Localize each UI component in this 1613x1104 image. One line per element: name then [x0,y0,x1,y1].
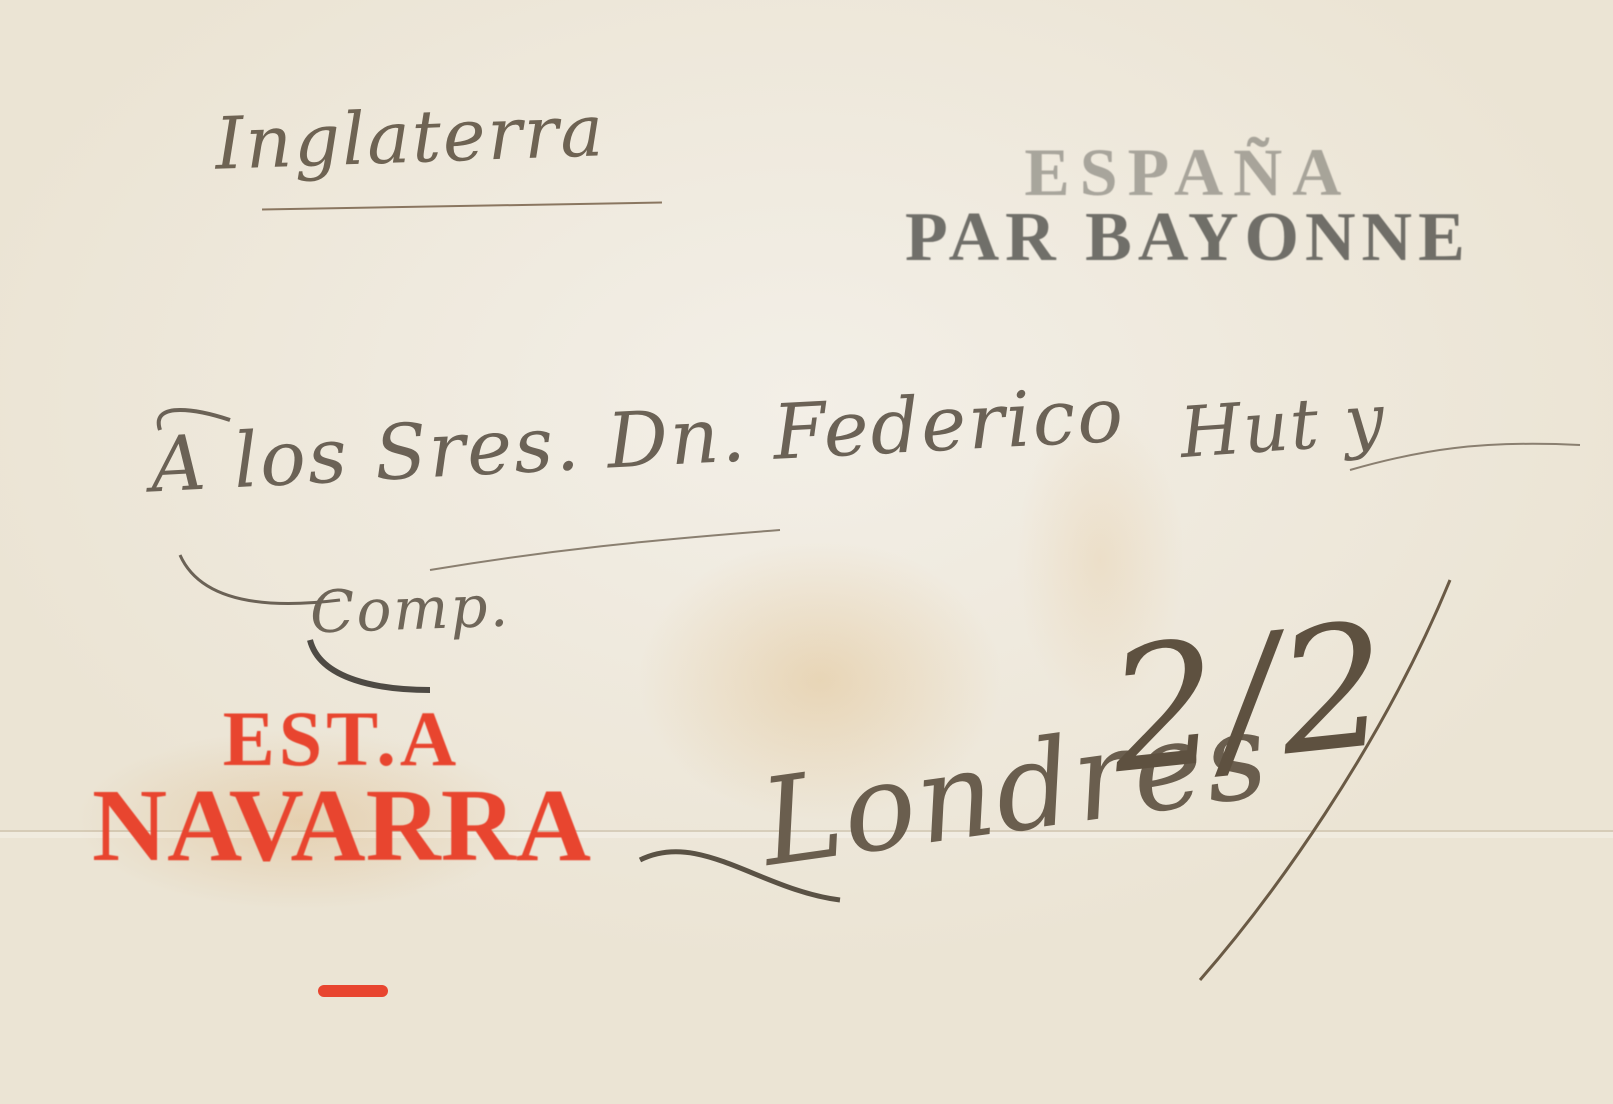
transit-postmark-line2: PAR BAYONNE [905,205,1471,272]
address-line2: Comp. [309,572,511,647]
destination-country: Inglaterra [214,88,607,186]
transit-postmark: ESPAÑA PAR BAYONNE [905,140,1471,271]
postal-cover: Inglaterra ESPAÑA PAR BAYONNE A los Sres… [0,0,1613,1104]
destination-underline [262,202,662,211]
address-line1: A los Sres. Dn. Federico [148,370,1127,510]
origin-postmark-line1: EST.A [92,700,591,778]
origin-postmark: EST.A NAVARRA [92,700,591,878]
origin-postmark-line2: NAVARRA [92,774,591,878]
address-line1-right: Hut y [1177,378,1388,474]
transit-postmark-line1: ESPAÑA [905,140,1471,205]
red-ink-dash [318,985,388,997]
rate-marking: 2/2 [1100,586,1399,812]
